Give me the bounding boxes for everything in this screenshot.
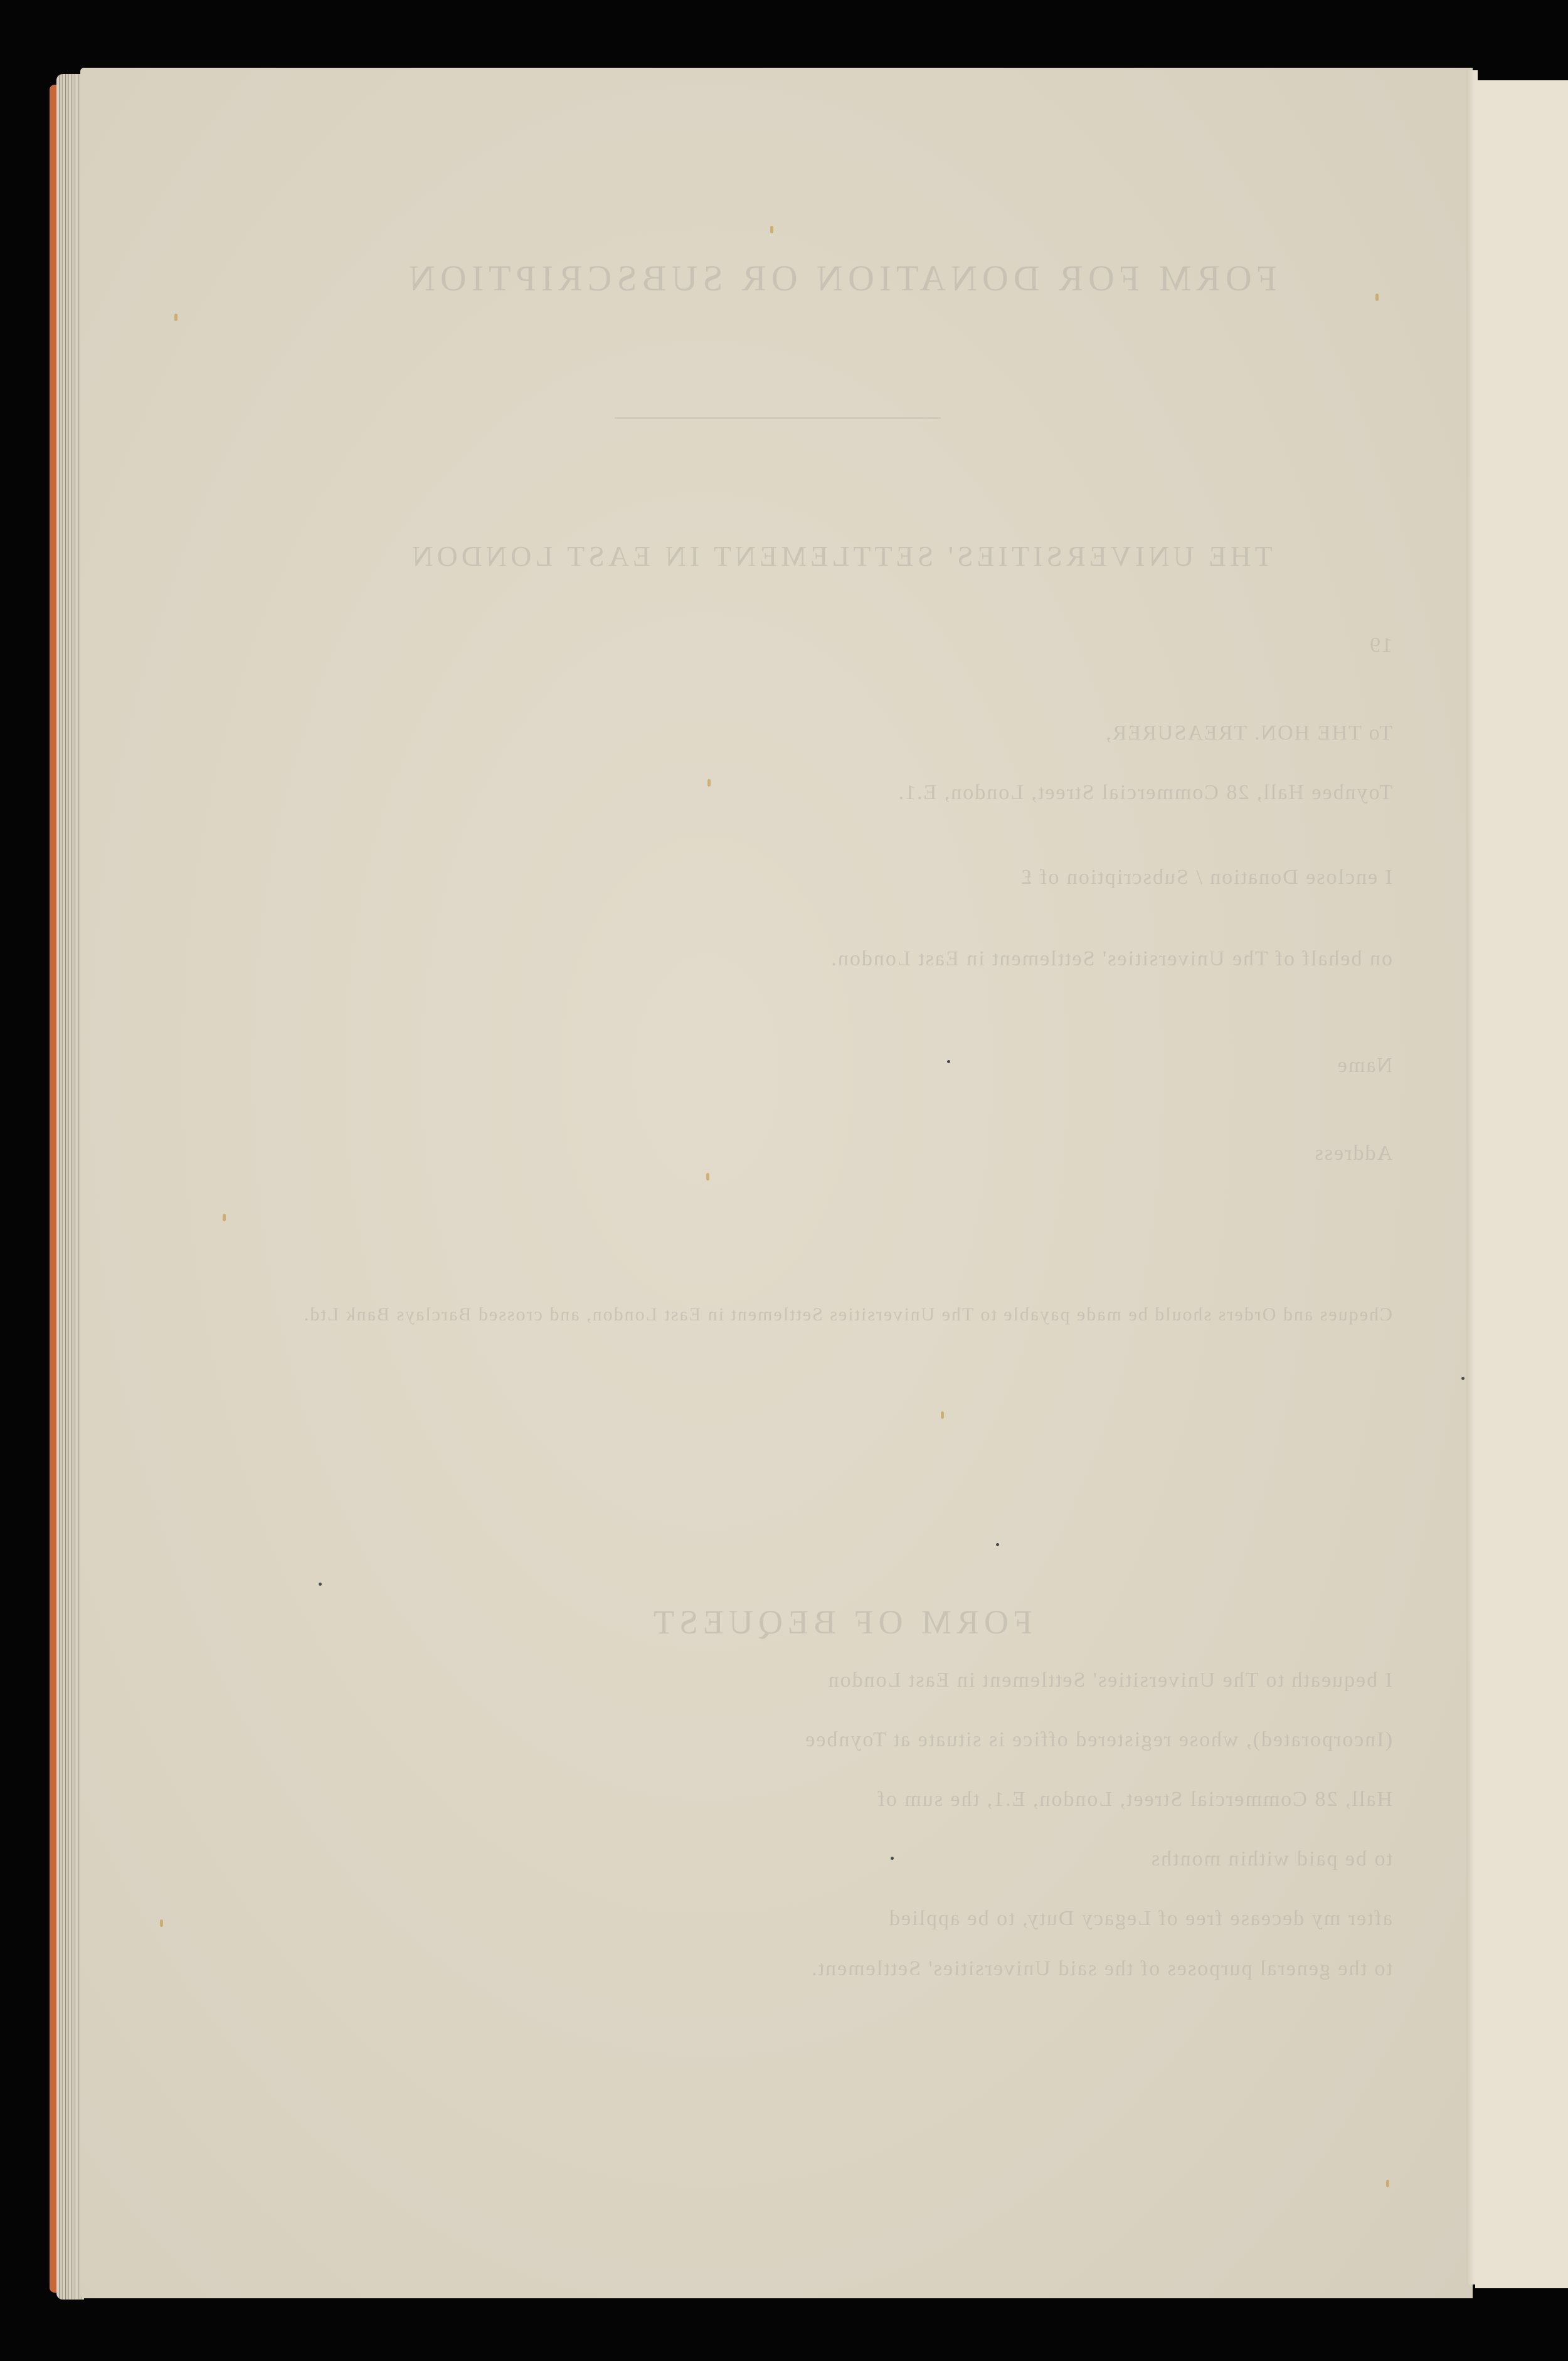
show-through-line: Name: [263, 1054, 1392, 1078]
paper-fleck: [223, 1214, 226, 1221]
paper-speck: [1461, 1377, 1465, 1380]
paper-fleck: [707, 779, 711, 787]
show-through-line: To THE HON. TREASURER,: [263, 721, 1392, 745]
show-through-line: I enclose Donation / Subscription of £: [263, 866, 1392, 889]
show-through-line: on behalf of The Universities' Settlemen…: [263, 947, 1392, 971]
facing-page-edge: [1475, 80, 1568, 2288]
paper-fleck: [1386, 2180, 1389, 2187]
show-through-line: Address: [263, 1142, 1392, 1165]
paper-speck: [996, 1543, 999, 1546]
paper-speck: [891, 1857, 894, 1860]
show-through-bequest-line: to the general purposes of the said Univ…: [263, 1957, 1392, 1981]
show-through-bequest-line: I bequeath to The Universities' Settleme…: [263, 1669, 1392, 1692]
show-through-rule: [615, 417, 941, 419]
paper-fleck: [160, 1919, 163, 1927]
show-through-title: FORM FOR DONATION OR SUBSCRIPTION: [257, 257, 1424, 299]
paper-fleck: [941, 1411, 944, 1419]
show-through-date: 19: [1129, 634, 1392, 657]
show-through-bequest-line: after my decease free of Legacy Duty, to…: [263, 1907, 1392, 1931]
show-through-line: Cheques and Orders should be made payabl…: [263, 1298, 1392, 1331]
paper-speck: [947, 1060, 950, 1063]
show-through-bequest-line: (Incorporated), whose registered office …: [263, 1728, 1392, 1752]
paper-fleck: [770, 226, 773, 233]
show-through-bequest-line: to be paid within months: [263, 1847, 1392, 1871]
paper-fleck: [1375, 294, 1379, 301]
paper-fleck: [706, 1173, 709, 1180]
paper-fleck: [174, 314, 177, 321]
show-through-bequest-heading: FORM OF BEQUEST: [257, 1603, 1424, 1642]
paper-speck: [319, 1583, 322, 1586]
show-through-subtitle: THE UNIVERSITIES' SETTLEMENT IN EAST LON…: [257, 539, 1424, 573]
show-through-bequest-line: Hall, 28 Commercial Street, London, E.1,…: [263, 1788, 1392, 1812]
show-through-line: Toynbee Hall, 28 Commercial Street, Lond…: [263, 781, 1392, 805]
